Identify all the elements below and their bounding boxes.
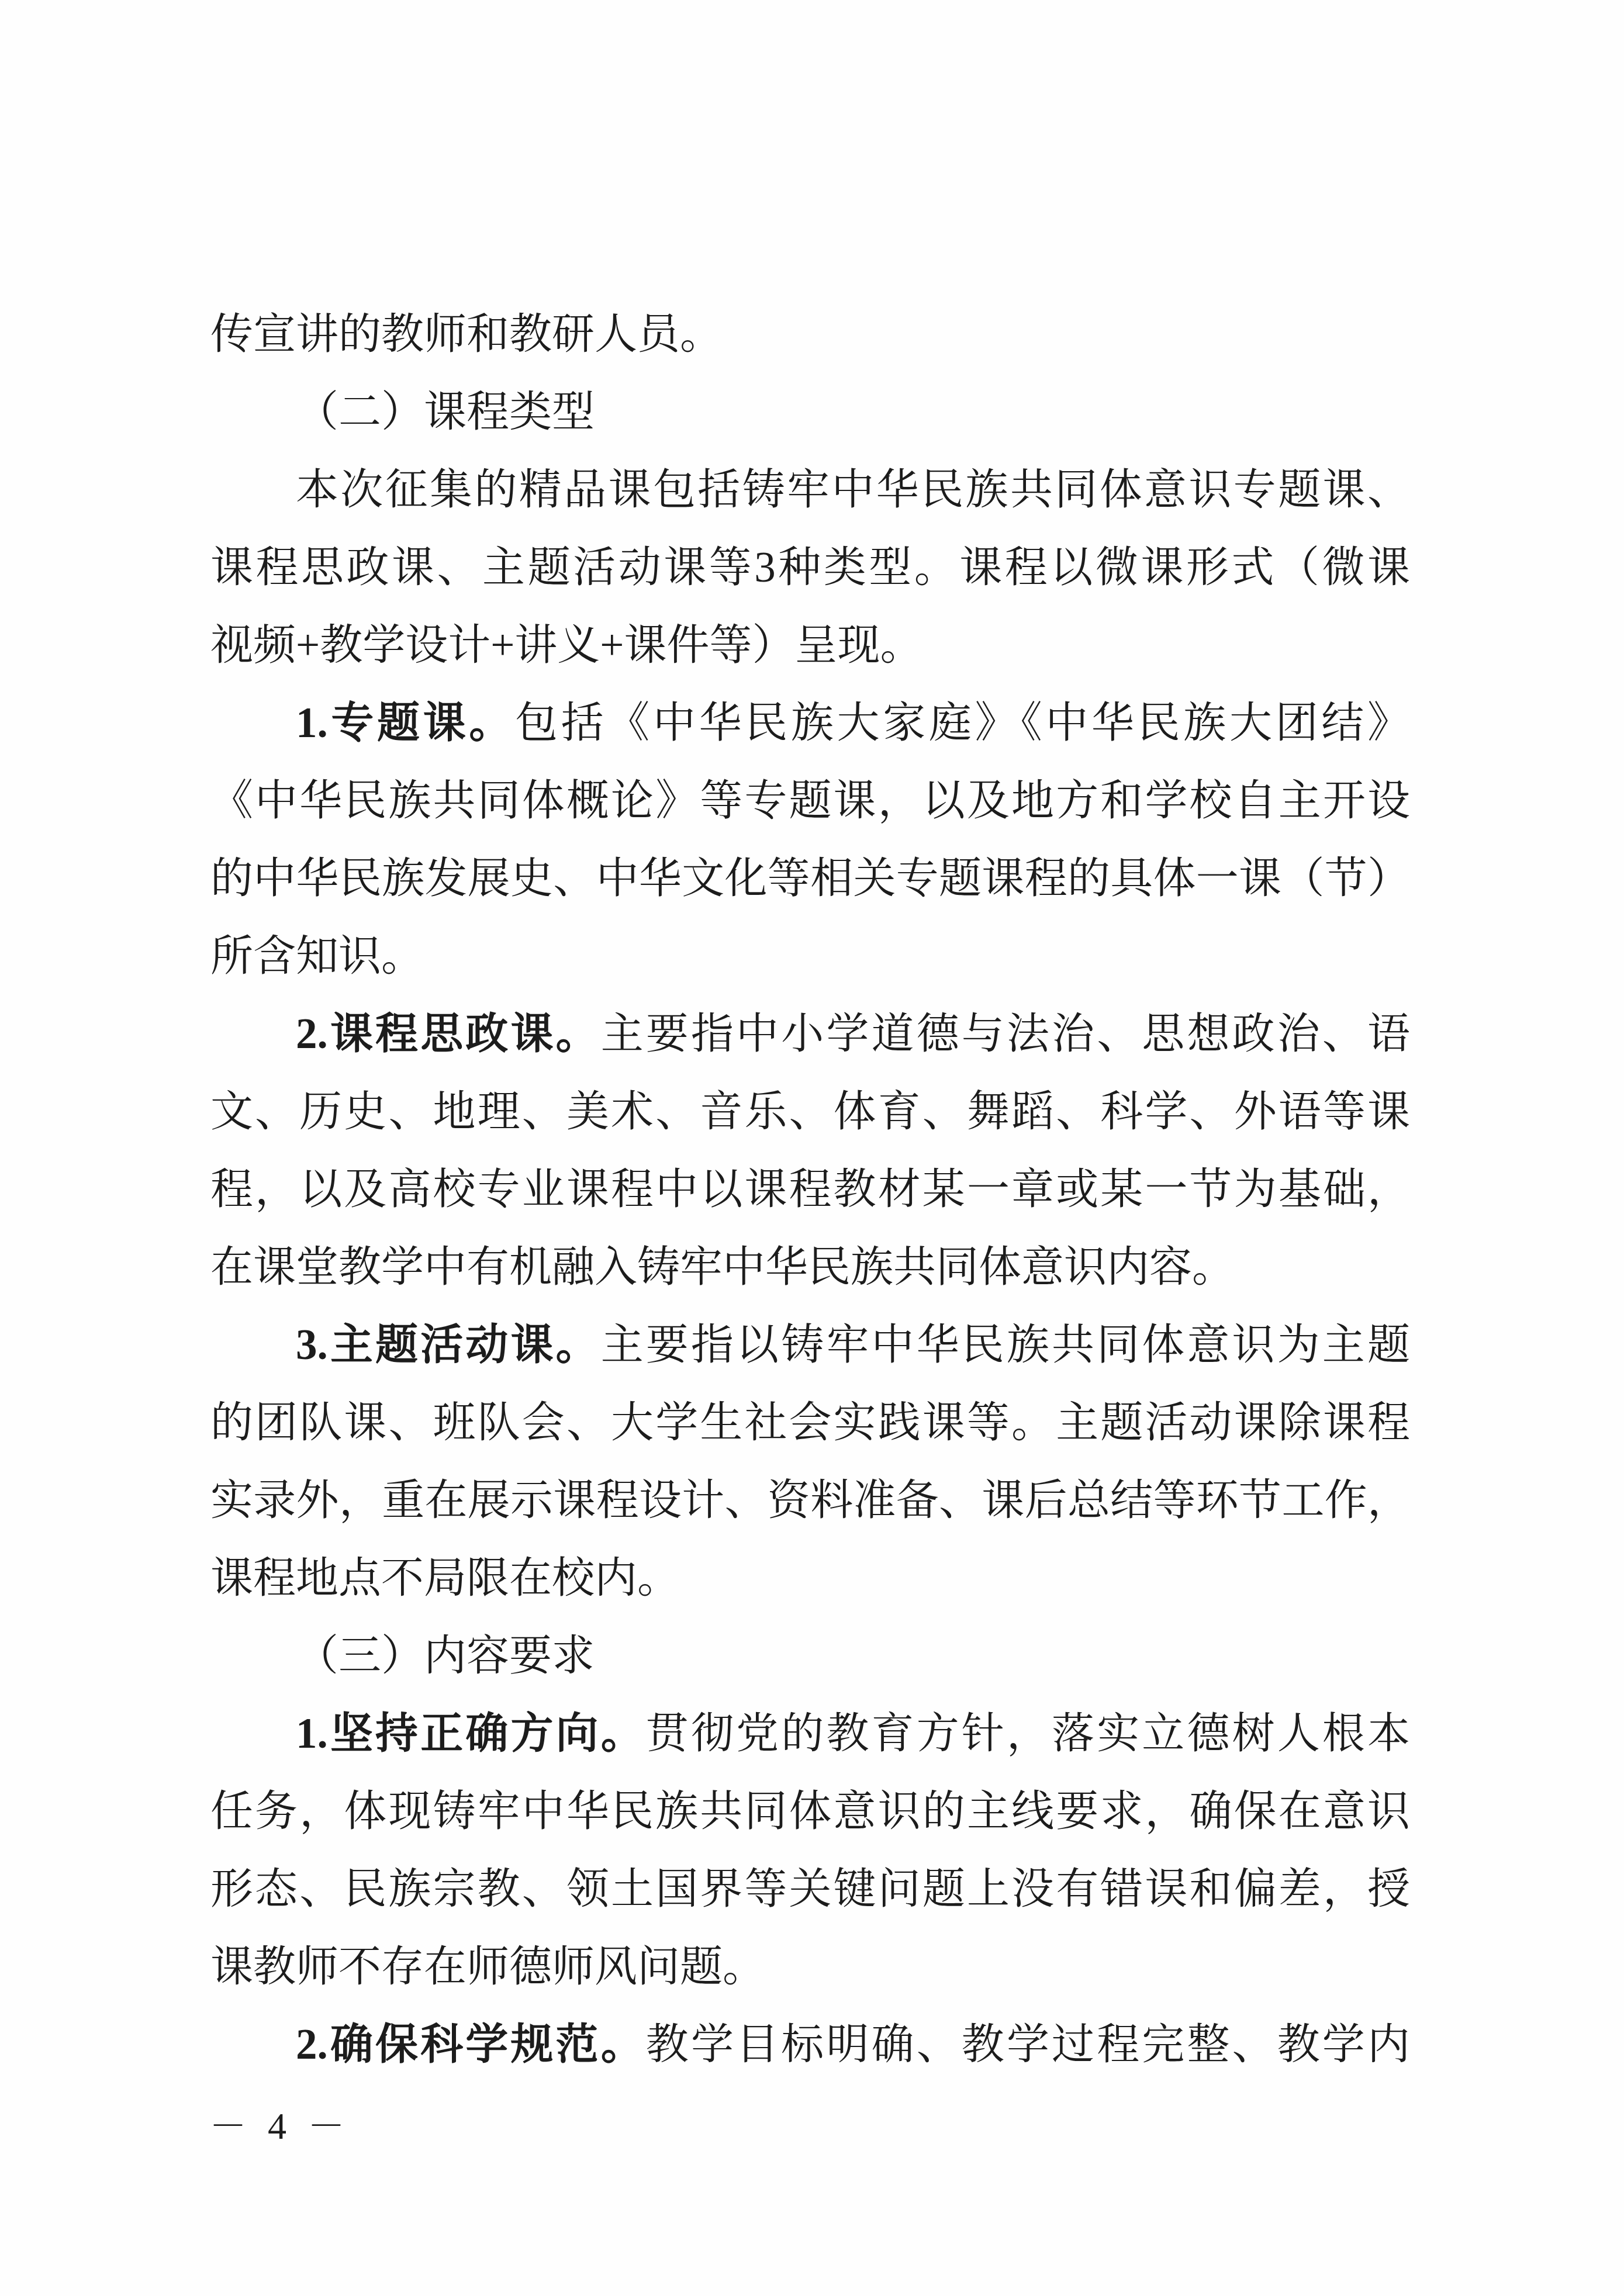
doc-line: 《中华民族共同体概论》等专题课，以及地方和学校自主开设	[210, 762, 1410, 839]
doc-line: 在课堂教学中有机融入铸牢中华民族共同体意识内容。	[210, 1228, 1410, 1306]
line-text: （三）内容要求	[296, 1632, 595, 1679]
doc-line: 程，以及高校专业课程中以课程教材某一章或某一节为基础，	[210, 1150, 1410, 1228]
doc-line: 所含知识。	[210, 917, 1410, 995]
document-page: 传宣讲的教师和教研人员。 （二）课程类型 本次征集的精品课包括铸牢中华民族共同体…	[0, 0, 1624, 2296]
line-lead: 1.专题课。	[296, 699, 515, 746]
line-text: 主要指以铸牢中华民族共同体意识为主题	[601, 1321, 1410, 1368]
doc-line: 3.主题活动课。主要指以铸牢中华民族共同体意识为主题	[210, 1306, 1410, 1384]
doc-line: 实录外，重在展示课程设计、资料准备、课后总结等环节工作，	[210, 1461, 1410, 1539]
line-lead: 3.主题活动课。	[296, 1321, 601, 1368]
doc-line: 传宣讲的教师和教研人员。	[210, 295, 1410, 373]
doc-line: 形态、民族宗教、领土国界等关键问题上没有错误和偏差，授	[210, 1850, 1410, 1928]
line-lead: 2.确保科学规范。	[296, 2021, 646, 2068]
line-text: 传宣讲的教师和教研人员。	[210, 310, 723, 358]
line-text: 所含知识。	[210, 932, 424, 980]
line-text: 教学目标明确、教学过程完整、教学内	[646, 2021, 1410, 2068]
section-heading: （三）内容要求	[210, 1617, 1410, 1695]
section-heading: （二）课程类型	[210, 373, 1410, 451]
doc-line: 课程地点不局限在校内。	[210, 1539, 1410, 1617]
doc-line: 1.坚持正确方向。贯彻党的教育方针，落实立德树人根本	[210, 1695, 1410, 1772]
line-text: 实录外，重在展示课程设计、资料准备、课后总结等环节工作，	[210, 1477, 1410, 1524]
doc-line: 2.课程思政课。主要指中小学道德与法治、思想政治、语	[210, 995, 1410, 1073]
line-text: 在课堂教学中有机融入铸牢中华民族共同体意识内容。	[210, 1243, 1235, 1291]
doc-line: 1.专题课。包括《中华民族大家庭》《中华民族大团结》	[210, 684, 1410, 762]
line-text: 视频+教学设计+讲义+课件等）呈现。	[210, 621, 923, 669]
doc-line: 文、历史、地理、美术、音乐、体育、舞蹈、科学、外语等课	[210, 1073, 1410, 1150]
line-text: 程，以及高校专业课程中以课程教材某一章或某一节为基础，	[210, 1166, 1410, 1213]
line-text: 包括《中华民族大家庭》《中华民族大团结》	[515, 699, 1410, 746]
line-text: 文、历史、地理、美术、音乐、体育、舞蹈、科学、外语等课	[210, 1088, 1410, 1135]
line-text: 的中华民族发展史、中华文化等相关专题课程的具体一课（节）	[210, 855, 1410, 902]
doc-line: 2.确保科学规范。教学目标明确、教学过程完整、教学内	[210, 2005, 1410, 2083]
line-text: 课程思政课、主题活动课等3种类型。课程以微课形式（微课	[210, 544, 1410, 591]
line-text: 《中华民族共同体概论》等专题课，以及地方和学校自主开设	[210, 777, 1410, 824]
page-number: － 4 －	[209, 2103, 351, 2150]
line-text: 贯彻党的教育方针，落实立德树人根本	[646, 1710, 1410, 1757]
line-text: 课教师不存在师德师风问题。	[210, 1943, 765, 1990]
line-text: 主要指中小学道德与法治、思想政治、语	[601, 1010, 1410, 1057]
line-text: （二）课程类型	[296, 388, 595, 435]
line-text: 的团队课、班队会、大学生社会实践课等。主题活动课除课程	[210, 1399, 1410, 1446]
line-text: 任务，体现铸牢中华民族共同体意识的主线要求，确保在意识	[210, 1787, 1410, 1835]
doc-line: 的团队课、班队会、大学生社会实践课等。主题活动课除课程	[210, 1384, 1410, 1461]
doc-line: 本次征集的精品课包括铸牢中华民族共同体意识专题课、	[210, 451, 1410, 528]
document-body: 传宣讲的教师和教研人员。 （二）课程类型 本次征集的精品课包括铸牢中华民族共同体…	[210, 295, 1410, 2083]
line-lead: 1.坚持正确方向。	[296, 1710, 646, 1757]
doc-line: 任务，体现铸牢中华民族共同体意识的主线要求，确保在意识	[210, 1772, 1410, 1850]
line-lead: 2.课程思政课。	[296, 1010, 601, 1057]
doc-line: 视频+教学设计+讲义+课件等）呈现。	[210, 606, 1410, 684]
line-text: 本次征集的精品课包括铸牢中华民族共同体意识专题课、	[296, 466, 1410, 513]
doc-line: 课程思政课、主题活动课等3种类型。课程以微课形式（微课	[210, 528, 1410, 606]
line-text: 课程地点不局限在校内。	[210, 1554, 680, 1602]
line-text: 形态、民族宗教、领土国界等关键问题上没有错误和偏差，授	[210, 1865, 1410, 1913]
doc-line: 课教师不存在师德师风问题。	[210, 1928, 1410, 2005]
doc-line: 的中华民族发展史、中华文化等相关专题课程的具体一课（节）	[210, 839, 1410, 917]
